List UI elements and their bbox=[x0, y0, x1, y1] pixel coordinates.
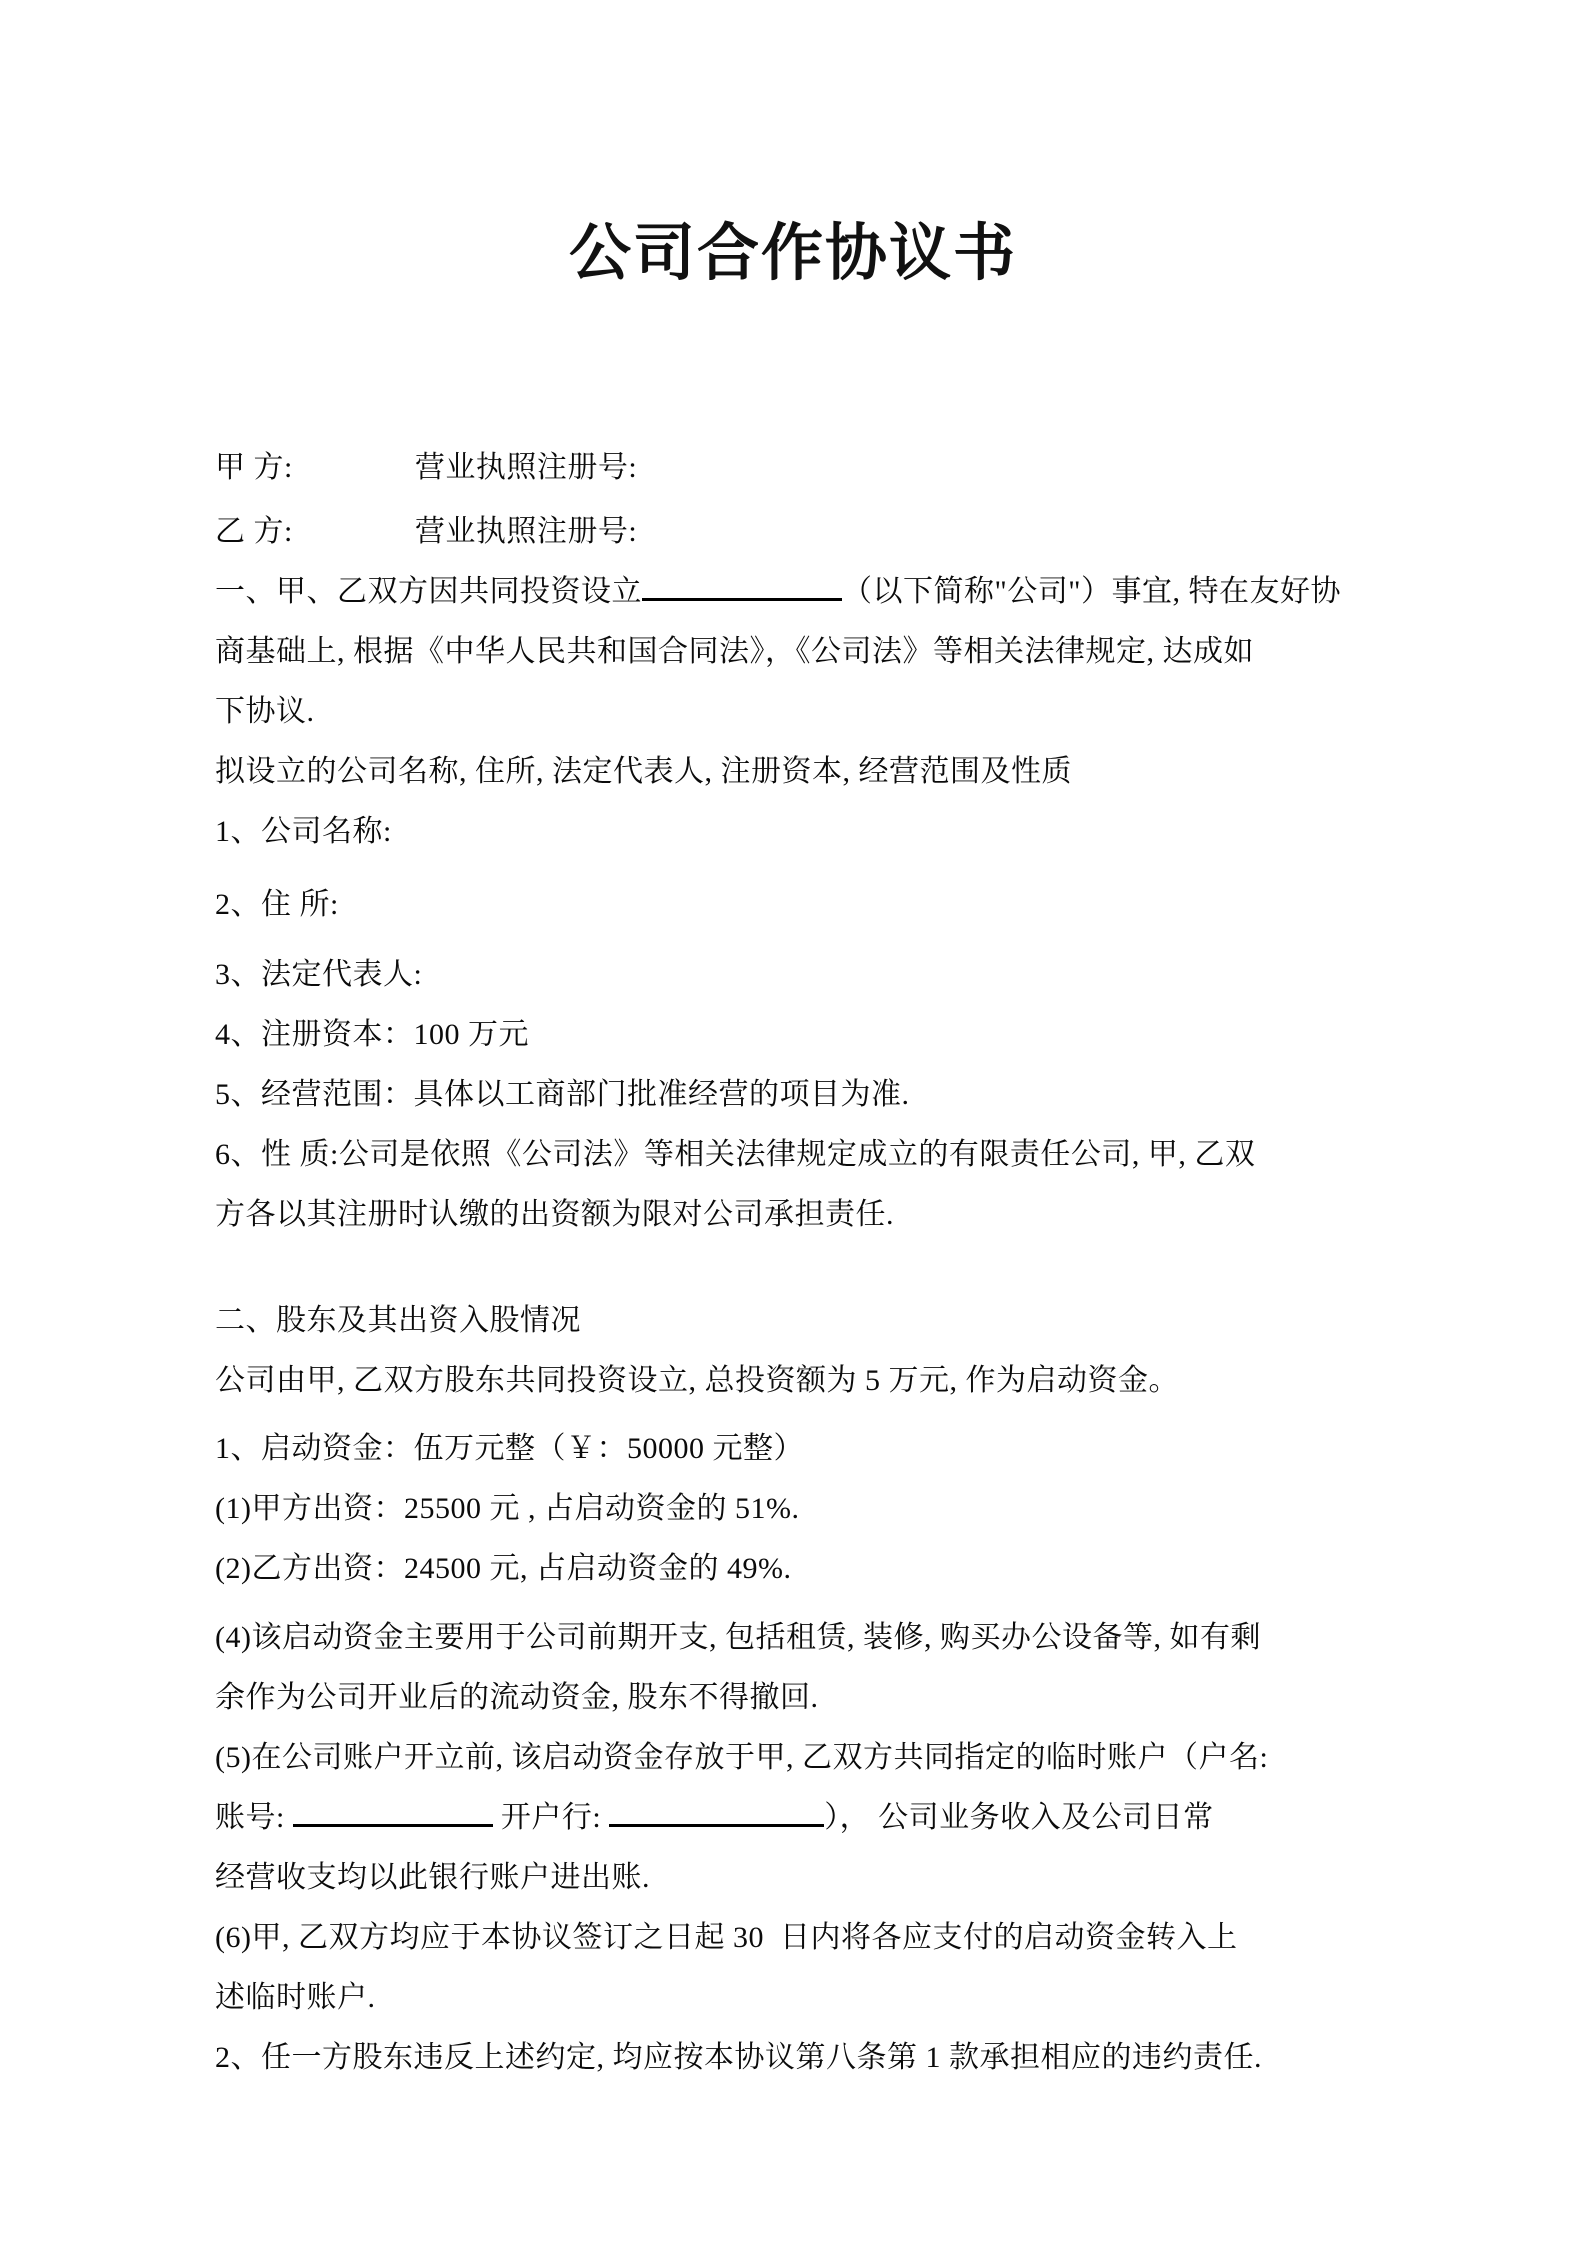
text-run: 开户行: bbox=[493, 1801, 609, 1834]
text-run: (5)在公司账户开立前, 该启动资金存放于甲, 乙双方共同指定的临时账户（户名: bbox=[215, 1741, 1268, 1774]
document-line: 1、公司名称: bbox=[215, 802, 1371, 862]
text-run: （以下简称"公司"）事宜, 特在友好协 bbox=[842, 575, 1341, 608]
document-line: 3、法定代表人: bbox=[215, 945, 1371, 1005]
text-run: 1、启动资金：伍万元整（￥：50000 元整） bbox=[215, 1432, 804, 1465]
text-run: (4)该启动资金主要用于公司前期开支, 包括租赁, 装修, 购买办公设备等, 如… bbox=[215, 1621, 1261, 1654]
text-run: 5、经营范围：具体以工商部门批准经营的项目为准. bbox=[215, 1078, 910, 1111]
document-line: 公司由甲, 乙双方股东共同投资设立, 总投资额为 5 万元, 作为启动资金。 bbox=[215, 1351, 1371, 1411]
text-run: 2、住 所: bbox=[215, 888, 339, 921]
text-run: 余作为公司开业后的流动资金, 股东不得撤回. bbox=[215, 1681, 819, 1714]
text-run: ）， 公司业务收入及公司日常 bbox=[824, 1801, 1214, 1834]
document-content: 公司合作协议书 甲 方: 营业执照注册号:乙 方: 营业执照注册号:一、甲、乙双… bbox=[215, 0, 1371, 2088]
document-line: 方各以其注册时认缴的出资额为限对公司承担责任. bbox=[215, 1185, 1371, 1245]
document-line: (4)该启动资金主要用于公司前期开支, 包括租赁, 装修, 购买办公设备等, 如… bbox=[215, 1608, 1371, 1668]
document-title: 公司合作协议书 bbox=[215, 212, 1371, 296]
document-line: 账号: 开户行: ）， 公司业务收入及公司日常 bbox=[215, 1788, 1371, 1848]
document-line: 二、股东及其出资入股情况 bbox=[215, 1291, 1371, 1351]
document-line: 余作为公司开业后的流动资金, 股东不得撤回. bbox=[215, 1668, 1371, 1728]
document-line: 下协议. bbox=[215, 682, 1371, 742]
document-line: (6)甲, 乙双方均应于本协议签订之日起 30 日内将各应支付的启动资金转入上 bbox=[215, 1908, 1371, 1968]
document-line: (1)甲方出资：25500 元 , 占启动资金的 51%. bbox=[215, 1479, 1371, 1539]
text-run: 1、公司名称: bbox=[215, 815, 392, 848]
document-line: (5)在公司账户开立前, 该启动资金存放于甲, 乙双方共同指定的临时账户（户名: bbox=[215, 1728, 1371, 1788]
document-line: (2)乙方出资：24500 元, 占启动资金的 49%. bbox=[215, 1539, 1371, 1599]
blank-underline bbox=[609, 1788, 824, 1827]
text-run: 3、法定代表人: bbox=[215, 958, 422, 991]
text-run: 方各以其注册时认缴的出资额为限对公司承担责任. bbox=[215, 1198, 894, 1231]
text-run: (2)乙方出资：24500 元, 占启动资金的 49%. bbox=[215, 1552, 791, 1585]
text-run: 下协议. bbox=[215, 695, 315, 728]
text-run: 乙 方: 营业执照注册号: bbox=[215, 515, 637, 548]
text-run: 经营收支均以此银行账户进出账. bbox=[215, 1861, 650, 1894]
text-run: 一、甲、乙双方因共同投资设立 bbox=[215, 575, 642, 608]
document-line: 甲 方: 营业执照注册号: bbox=[215, 438, 1371, 498]
text-run: 2、任一方股东违反上述约定, 均应按本协议第八条第 1 款承担相应的违约责任. bbox=[215, 2041, 1262, 2074]
text-run: 甲 方: 营业执照注册号: bbox=[215, 451, 637, 484]
document-line: 6、性 质:公司是依照《公司法》等相关法律规定成立的有限责任公司, 甲, 乙双 bbox=[215, 1125, 1371, 1185]
text-run: 拟设立的公司名称, 住所, 法定代表人, 注册资本, 经营范围及性质 bbox=[215, 755, 1072, 788]
blank-underline bbox=[293, 1788, 493, 1827]
text-run: 4、注册资本：100 万元 bbox=[215, 1018, 529, 1051]
text-run: (1)甲方出资：25500 元 , 占启动资金的 51%. bbox=[215, 1492, 799, 1525]
document-line: 述临时账户. bbox=[215, 1968, 1371, 2028]
text-run: 二、股东及其出资入股情况 bbox=[215, 1304, 581, 1337]
text-run: 商基础上, 根据《中华人民共和国合同法》，《公司法》等相关法律规定, 达成如 bbox=[215, 635, 1254, 668]
text-run: 账号: bbox=[215, 1801, 293, 1834]
document-line: 乙 方: 营业执照注册号: bbox=[215, 502, 1371, 562]
document-page: 公司合作协议书 甲 方: 营业执照注册号:乙 方: 营业执照注册号:一、甲、乙双… bbox=[0, 0, 1586, 2244]
document-line: 2、住 所: bbox=[215, 875, 1371, 935]
document-body: 甲 方: 营业执照注册号:乙 方: 营业执照注册号:一、甲、乙双方因共同投资设立… bbox=[215, 438, 1371, 2088]
document-line: 商基础上, 根据《中华人民共和国合同法》，《公司法》等相关法律规定, 达成如 bbox=[215, 622, 1371, 682]
document-line: 拟设立的公司名称, 住所, 法定代表人, 注册资本, 经营范围及性质 bbox=[215, 742, 1371, 802]
document-line: 经营收支均以此银行账户进出账. bbox=[215, 1848, 1371, 1908]
document-line: 1、启动资金：伍万元整（￥：50000 元整） bbox=[215, 1419, 1371, 1479]
blank-underline bbox=[642, 562, 842, 601]
document-line: 4、注册资本：100 万元 bbox=[215, 1005, 1371, 1065]
text-run: 6、性 质:公司是依照《公司法》等相关法律规定成立的有限责任公司, 甲, 乙双 bbox=[215, 1138, 1255, 1171]
text-run: 公司由甲, 乙双方股东共同投资设立, 总投资额为 5 万元, 作为启动资金。 bbox=[215, 1364, 1179, 1397]
document-line: 2、任一方股东违反上述约定, 均应按本协议第八条第 1 款承担相应的违约责任. bbox=[215, 2028, 1371, 2088]
text-run: (6)甲, 乙双方均应于本协议签订之日起 30 日内将各应支付的启动资金转入上 bbox=[215, 1921, 1237, 1954]
text-run: 述临时账户. bbox=[215, 1981, 376, 2014]
document-line: 一、甲、乙双方因共同投资设立（以下简称"公司"）事宜, 特在友好协 bbox=[215, 562, 1371, 622]
document-line: 5、经营范围：具体以工商部门批准经营的项目为准. bbox=[215, 1065, 1371, 1125]
